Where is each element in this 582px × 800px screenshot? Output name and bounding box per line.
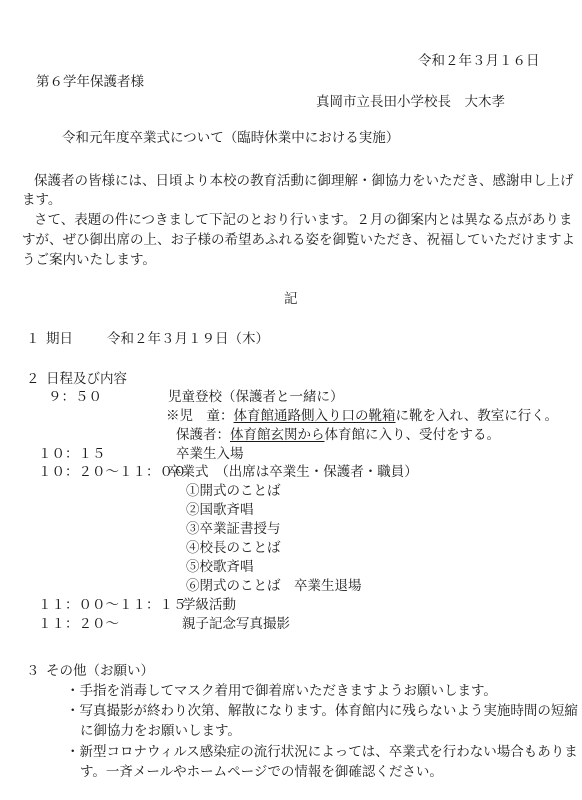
section1-label: 期日 — [46, 330, 73, 348]
section2-number: ２ — [26, 370, 40, 388]
note-parent: 保護者：体育館玄関から体育館に入り、受付をする。 — [176, 426, 500, 444]
program-item: ②国歌斉唱 — [186, 501, 254, 519]
document-date: 令和２年３月１６日 — [418, 52, 540, 70]
schedule-time: １１：００～１１：１５ — [38, 596, 187, 614]
intro-p2-line2: すが、ぜひ御出席の上、お子様の希望あふれる姿を御覧いただき、祝福していただけます… — [22, 231, 575, 249]
section1-number: １ — [26, 330, 40, 348]
underlined-location: 体育館玄関から — [230, 427, 325, 443]
request-item: ・手指を消毒してマスク着用で御着席いただきますようお願いします。 — [66, 682, 497, 700]
section3-label: その他（お願い） — [46, 662, 154, 680]
request-item: ・新型コロナウィルス感染症の流行状況によっては、卒業式を行わない場合もありま — [66, 743, 578, 761]
schedule-text: 親子記念写真撮影 — [182, 615, 290, 633]
schedule-text: 学級活動 — [182, 596, 236, 614]
schedule-time: １０：１５ — [38, 445, 106, 463]
schedule-text: 児童登校（保護者と一緒に） — [168, 388, 344, 406]
program-item: ⑤校歌斉唱 — [186, 558, 254, 576]
request-item-cont: す。一斉メールやホームページでの情報を御確認ください。 — [80, 763, 443, 781]
schedule-text: 卒業生入場 — [176, 445, 244, 463]
section3-number: ３ — [26, 662, 40, 680]
note-child: ※児 童：体育館通路側入り口の靴箱に靴を入れ、教室に行く。 — [166, 407, 558, 425]
program-item: ⑥閉式のことば 卒業生退場 — [186, 577, 362, 595]
section1-date: 令和２年３月１９日（木） — [107, 330, 269, 348]
intro-p1-line1: 保護者の皆様には、日頃より本校の教育活動に御理解・御協力をいただき、感謝申し上げ — [34, 172, 573, 190]
request-item-cont: に御協力をお願いします。 — [80, 722, 241, 740]
schedule-time: ９：５０ — [48, 388, 102, 406]
program-item: ④校長のことば — [186, 539, 281, 557]
recipient: 第６学年保護者様 — [36, 73, 144, 91]
program-item: ③卒業証書授与 — [186, 520, 281, 538]
schedule-time: １０：２０～１１：００ — [38, 463, 187, 481]
schedule-time: １１：２０～ — [38, 615, 119, 633]
program-item: ①開式のことば — [186, 482, 281, 500]
section2-label: 日程及び内容 — [46, 370, 127, 388]
document-title: 令和元年度卒業式について（臨時休業中における実施） — [62, 129, 399, 147]
underlined-location: 体育館通路側入り口の靴箱 — [234, 408, 396, 424]
schedule-text: 卒業式 （出席は卒業生・保護者・職員） — [168, 463, 418, 481]
intro-p2-line1: さて、表題の件につきまして下記のとおり行います。２月の御案内とは異なる点がありま — [34, 211, 572, 229]
sender: 真岡市立長田小学校長 大木孝 — [316, 93, 505, 111]
intro-p1-line2: ます。 — [22, 191, 61, 209]
request-item: ・写真撮影が終わり次第、解散になります。体育館内に残らないよう実施時間の短縮 — [66, 702, 578, 720]
intro-p2-line3: うご案内いたします。 — [22, 251, 156, 269]
ki-heading: 記 — [284, 290, 298, 308]
